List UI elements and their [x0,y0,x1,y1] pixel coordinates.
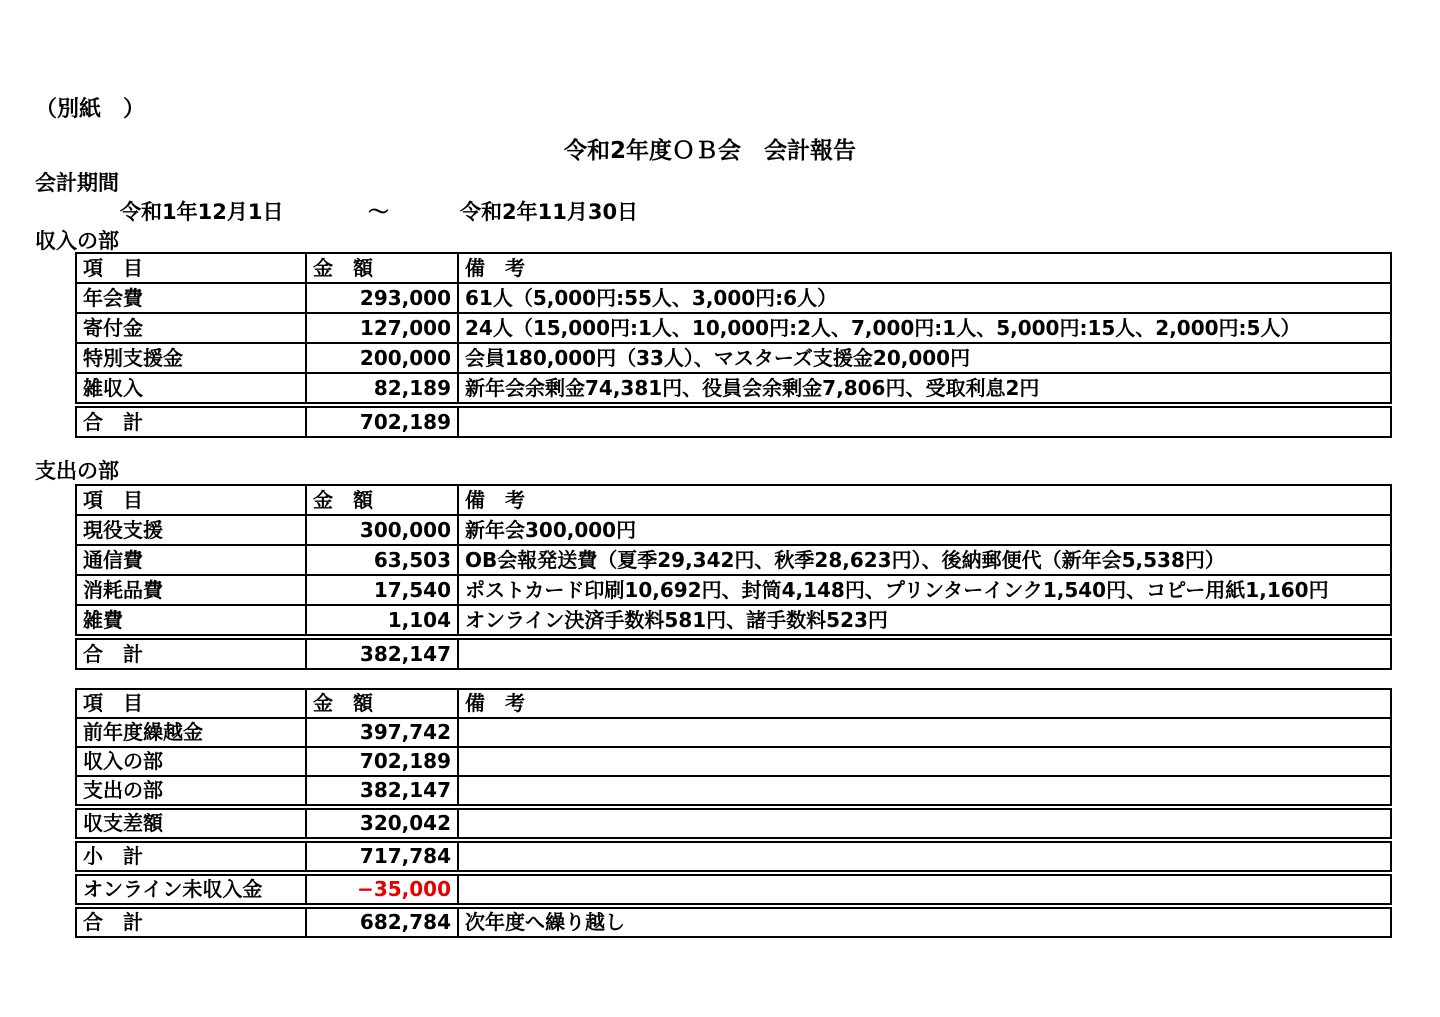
income-header-row: 項 目 金 額 備 考 [76,253,1391,283]
period-label: 会計期間 [35,167,119,197]
attachment-label: （別紙 ） [35,92,145,123]
income-amount: 200,000 [306,343,458,373]
expense-header-item: 項 目 [76,485,306,515]
income-note: 会員180,000円（33人）、マスターズ支援金20,000円 [458,343,1391,373]
income-total-row: 合 計 702,189 [76,405,1391,437]
income-total-amount: 702,189 [306,405,458,437]
expense-header-note: 備 考 [458,485,1391,515]
page-title: 令和2年度ＯＢ会 会計報告 [0,132,1420,165]
income-total-label: 合 計 [76,405,306,437]
expense-section-label: 支出の部 [35,455,119,485]
table-row: 前年度繰越金 397,742 [76,718,1391,747]
summary-header-item: 項 目 [76,689,306,718]
income-item: 年会費 [76,283,306,313]
expense-note: オンライン決済手数料581円、諸手数料523円 [458,605,1391,637]
expense-item: 現役支援 [76,515,306,545]
online-uncollected-row: オンライン未収入金 −35,000 [76,873,1391,906]
expense-header-row: 項 目 金 額 備 考 [76,485,1391,515]
summary-total-amount: 682,784 [306,906,458,937]
table-row: 消耗品費 17,540 ポストカード印刷10,692円、封筒4,148円、プリン… [76,575,1391,605]
expense-total-note [458,637,1391,669]
income-header-amount: 金 額 [306,253,458,283]
summary-item: 支出の部 [76,776,306,807]
income-note: 24人（15,000円:1人、10,000円:2人、7,000円:1人、5,00… [458,313,1391,343]
summary-amount: 702,189 [306,747,458,776]
summary-note [458,747,1391,776]
income-header-note: 備 考 [458,253,1391,283]
period-end-date: 令和2年11月30日 [460,196,638,226]
expense-amount: 63,503 [306,545,458,575]
income-section-label: 収入の部 [35,225,119,255]
summary-total-row: 合 計 682,784 次年度へ繰り越し [76,906,1391,937]
summary-header-amount: 金 額 [306,689,458,718]
summary-amount: 397,742 [306,718,458,747]
expense-total-amount: 382,147 [306,637,458,669]
expense-total-row: 合 計 382,147 [76,637,1391,669]
table-row: 小 計 717,784 [76,840,1391,873]
expense-amount: 1,104 [306,605,458,637]
summary-item: 収入の部 [76,747,306,776]
summary-note [458,873,1391,906]
summary-item: 収支差額 [76,807,306,840]
summary-item: オンライン未収入金 [76,873,306,906]
period-start-date: 令和1年12月1日 [120,196,283,226]
table-row: 支出の部 382,147 [76,776,1391,807]
expense-item: 雑費 [76,605,306,637]
summary-total-label: 合 計 [76,906,306,937]
expense-header-amount: 金 額 [306,485,458,515]
accounting-report-page: （別紙 ） 令和2年度ＯＢ会 会計報告 会計期間 令和1年12月1日 ～ 令和2… [0,0,1440,1017]
expense-table: 項 目 金 額 備 考 現役支援 300,000 新年会300,000円 通信費… [75,484,1392,670]
expense-note: OB会報発送費（夏季29,342円、秋季28,623円）、後納郵便代（新年会5,… [458,545,1391,575]
summary-amount: 717,784 [306,840,458,873]
income-item: 寄付金 [76,313,306,343]
income-item: 雑収入 [76,373,306,405]
summary-total-note: 次年度へ繰り越し [458,906,1391,937]
expense-note: 新年会300,000円 [458,515,1391,545]
income-amount: 293,000 [306,283,458,313]
income-amount: 82,189 [306,373,458,405]
income-table: 項 目 金 額 備 考 年会費 293,000 61人（5,000円:55人、3… [75,252,1392,438]
income-header-item: 項 目 [76,253,306,283]
summary-table: 項 目 金 額 備 考 前年度繰越金 397,742 収入の部 702,189 … [75,688,1392,938]
summary-header-note: 備 考 [458,689,1391,718]
table-row: 雑収入 82,189 新年会余剰金74,381円、役員会余剰金7,806円、受取… [76,373,1391,405]
table-row: 通信費 63,503 OB会報発送費（夏季29,342円、秋季28,623円）、… [76,545,1391,575]
expense-item: 消耗品費 [76,575,306,605]
summary-negative-amount: −35,000 [306,873,458,906]
period-line: 令和1年12月1日 ～ 令和2年11月30日 [0,196,1440,224]
summary-item: 小 計 [76,840,306,873]
table-row: 収支差額 320,042 [76,807,1391,840]
table-row: 収入の部 702,189 [76,747,1391,776]
summary-amount: 382,147 [306,776,458,807]
summary-header-row: 項 目 金 額 備 考 [76,689,1391,718]
expense-total-label: 合 計 [76,637,306,669]
table-row: 年会費 293,000 61人（5,000円:55人、3,000円:6人） [76,283,1391,313]
table-row: 特別支援金 200,000 会員180,000円（33人）、マスターズ支援金20… [76,343,1391,373]
table-row: 寄付金 127,000 24人（15,000円:1人、10,000円:2人、7,… [76,313,1391,343]
income-note: 61人（5,000円:55人、3,000円:6人） [458,283,1391,313]
summary-note [458,718,1391,747]
income-total-note [458,405,1391,437]
table-row: 雑費 1,104 オンライン決済手数料581円、諸手数料523円 [76,605,1391,637]
summary-note [458,840,1391,873]
summary-note [458,776,1391,807]
expense-note: ポストカード印刷10,692円、封筒4,148円、プリンターインク1,540円、… [458,575,1391,605]
expense-amount: 17,540 [306,575,458,605]
table-row: 現役支援 300,000 新年会300,000円 [76,515,1391,545]
income-item: 特別支援金 [76,343,306,373]
expense-item: 通信費 [76,545,306,575]
summary-item: 前年度繰越金 [76,718,306,747]
summary-amount: 320,042 [306,807,458,840]
income-note: 新年会余剰金74,381円、役員会余剰金7,806円、受取利息2円 [458,373,1391,405]
summary-note [458,807,1391,840]
period-tilde: ～ [368,196,389,226]
income-amount: 127,000 [306,313,458,343]
expense-amount: 300,000 [306,515,458,545]
